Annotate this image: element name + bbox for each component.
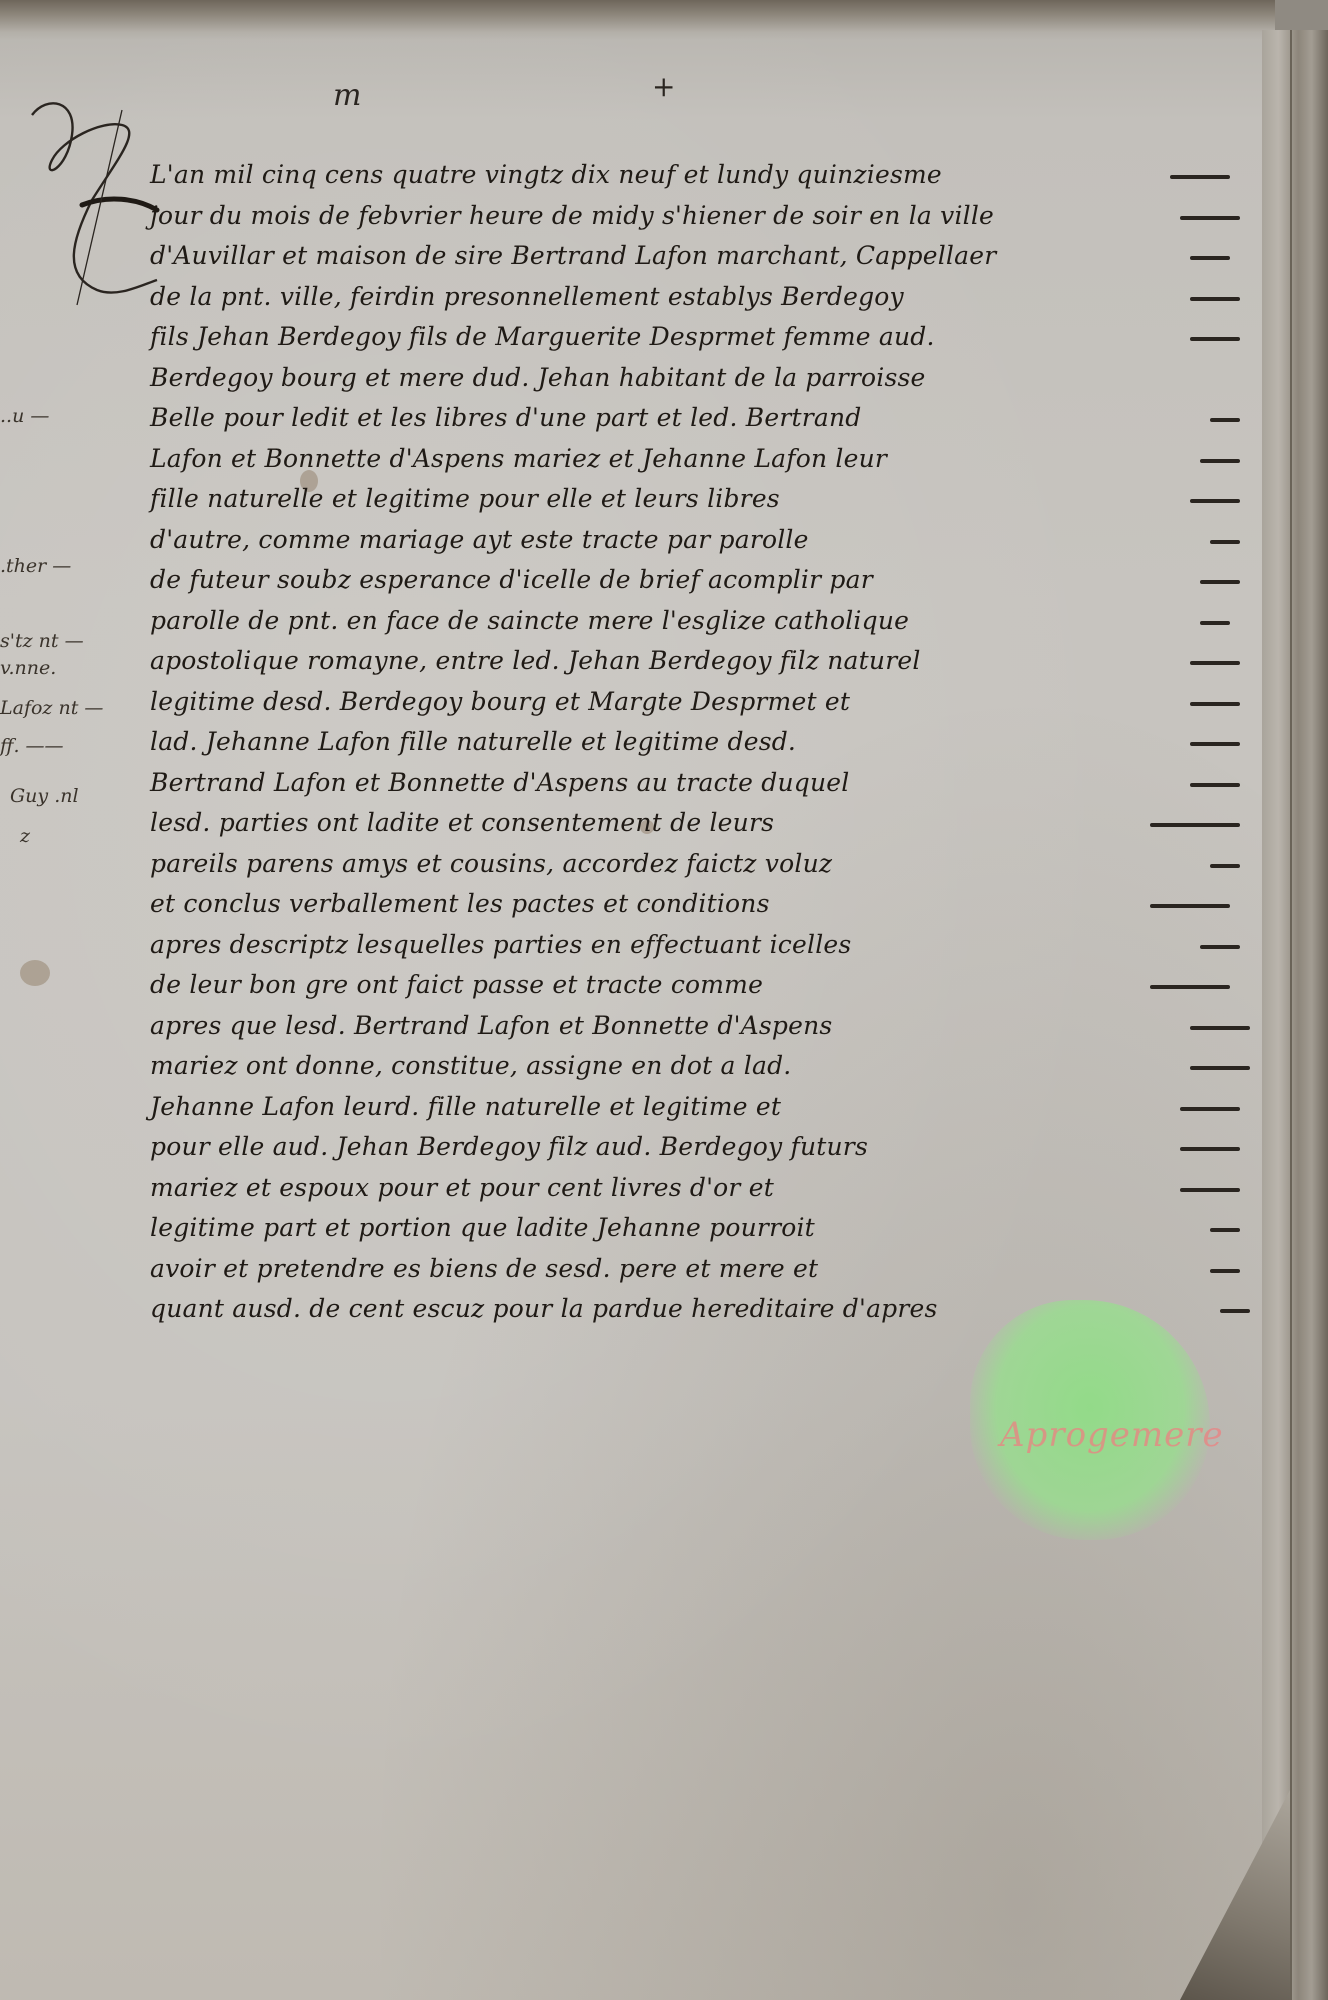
text-line: pour elle aud. Jehan Berdegoy filz aud. … [150,1127,1250,1168]
text-line: et conclus verballement les pactes et co… [150,884,1250,925]
text-line: mariez et espoux pour et pour cent livre… [150,1168,1250,1209]
text-line: apostolique romayne, entre led. Jehan Be… [150,641,1250,682]
text-line: jour du mois de febvrier heure de midy s… [150,196,1250,237]
text-line: avoir et pretendre es biens de sesd. per… [150,1249,1250,1290]
text-line: pareils parens amys et cousins, accordez… [150,844,1250,885]
text-line: d'Auvillar et maison de sire Bertrand La… [150,236,1250,277]
margin-note: z [20,825,30,847]
text-line: quant ausd. de cent escuz pour la pardue… [150,1289,1250,1330]
margin-note: s'tz nt — [0,630,84,652]
text-line: d'autre, comme mariage ayt este tracte p… [150,520,1250,561]
text-line: Berdegoy bourg et mere dud. Jehan habita… [150,358,1250,399]
margin-note: ..u — [0,405,49,427]
text-line: parolle de pnt. en face de saincte mere … [150,601,1250,642]
text-line: apres descriptz lesquelles parties en ef… [150,925,1250,966]
text-line: legitime part et portion que ladite Jeha… [150,1208,1250,1249]
text-line: Jehanne Lafon leurd. fille naturelle et … [150,1087,1250,1128]
text-line: fils Jehan Berdegoy fils de Marguerite D… [150,317,1250,358]
margin-note: ff. —— [0,735,64,757]
text-line: fille naturelle et legitime pour elle et… [150,479,1250,520]
text-line: lad. Jehanne Lafon fille naturelle et le… [150,722,1250,763]
ink-stain [20,960,50,986]
margin-note: Guy .nl [10,785,79,807]
page-top-edge [0,0,1275,40]
text-line: Belle pour ledit et les libres d'une par… [150,398,1250,439]
manuscript-page: m + ..u — .ther — s'tz nt — v.nne. Lafoz… [0,0,1275,2000]
margin-note: .ther — [0,555,71,577]
text-line: L'an mil cinq cens quatre vingtz dix neu… [150,155,1250,196]
text-line: de la pnt. ville, feirdin presonnellemen… [150,277,1250,318]
text-line: apres que lesd. Bertrand Lafon et Bonnet… [150,1006,1250,1047]
manuscript-body: L'an mil cinq cens quatre vingtz dix neu… [150,155,1250,1330]
text-line: de futeur soubz esperance d'icelle de br… [150,560,1250,601]
text-line: Bertrand Lafon et Bonnette d'Aspens au t… [150,763,1250,804]
watermark-stamp: Aprogemere [1000,1415,1224,1455]
margin-note: Lafoz nt — [0,697,103,719]
cross-mark: + [652,70,675,103]
folio-mark: m [333,78,361,113]
text-line: Lafon et Bonnette d'Aspens mariez et Jeh… [150,439,1250,480]
text-line: lesd. parties ont ladite et consentement… [150,803,1250,844]
text-line: legitime desd. Berdegoy bourg et Margte … [150,682,1250,723]
decorated-initial-L [22,90,162,310]
text-line: de leur bon gre ont faict passe et tract… [150,965,1250,1006]
text-line: mariez ont donne, constitue, assigne en … [150,1046,1250,1087]
margin-note: v.nne. [0,657,56,679]
page-binding-edge [1262,30,1328,2000]
